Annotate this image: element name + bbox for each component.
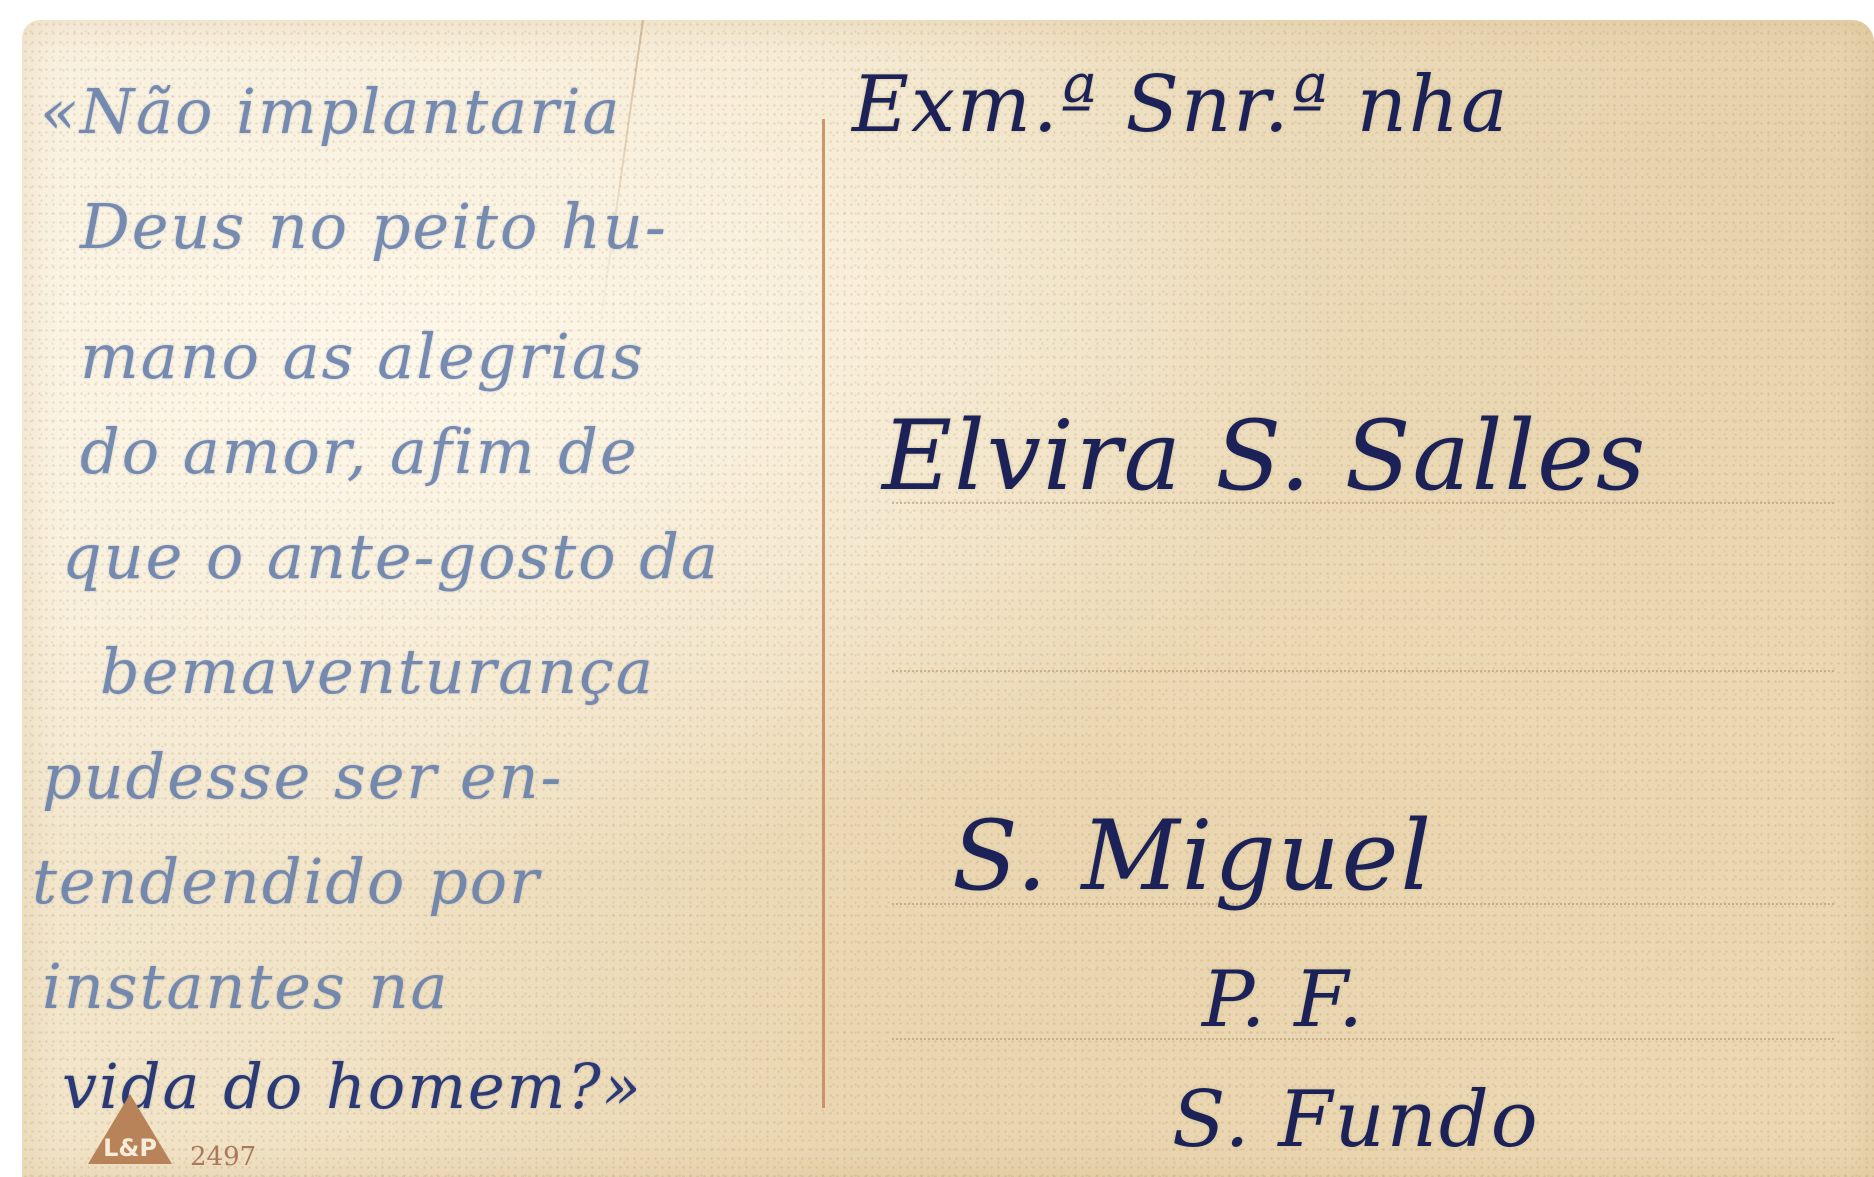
address-locality: S. Miguel bbox=[952, 800, 1433, 912]
address-recipient: Elvira S. Salles bbox=[882, 400, 1647, 512]
message-line-7: pudesse ser en- bbox=[42, 740, 563, 813]
address-city: S. Fundo bbox=[1172, 1075, 1540, 1165]
address-line-2 bbox=[892, 670, 1834, 672]
address-abbrev: P. F. bbox=[1202, 955, 1365, 1045]
center-divider-line bbox=[822, 119, 825, 1108]
publisher-logo-text: L&P bbox=[96, 1134, 164, 1162]
paper-crease bbox=[597, 20, 644, 337]
message-line-1: «Não implantaria bbox=[40, 75, 622, 148]
message-line-3: mano as alegrias bbox=[80, 320, 645, 393]
message-line-2: Deus no peito hu- bbox=[80, 190, 668, 263]
message-line-8: tendendido por bbox=[32, 845, 541, 918]
serial-number: 2497 bbox=[190, 1142, 256, 1172]
message-line-4: do amor, afim de bbox=[80, 415, 639, 488]
postcard-back: «Não implantaria Deus no peito hu- mano … bbox=[22, 20, 1874, 1177]
address-salutation: Exm.ª Snr.ª nha bbox=[852, 60, 1510, 150]
message-line-5: que o ante-gosto da bbox=[62, 520, 720, 593]
message-line-6: bemaventurança bbox=[100, 635, 655, 708]
message-line-9: instantes na bbox=[42, 950, 449, 1023]
